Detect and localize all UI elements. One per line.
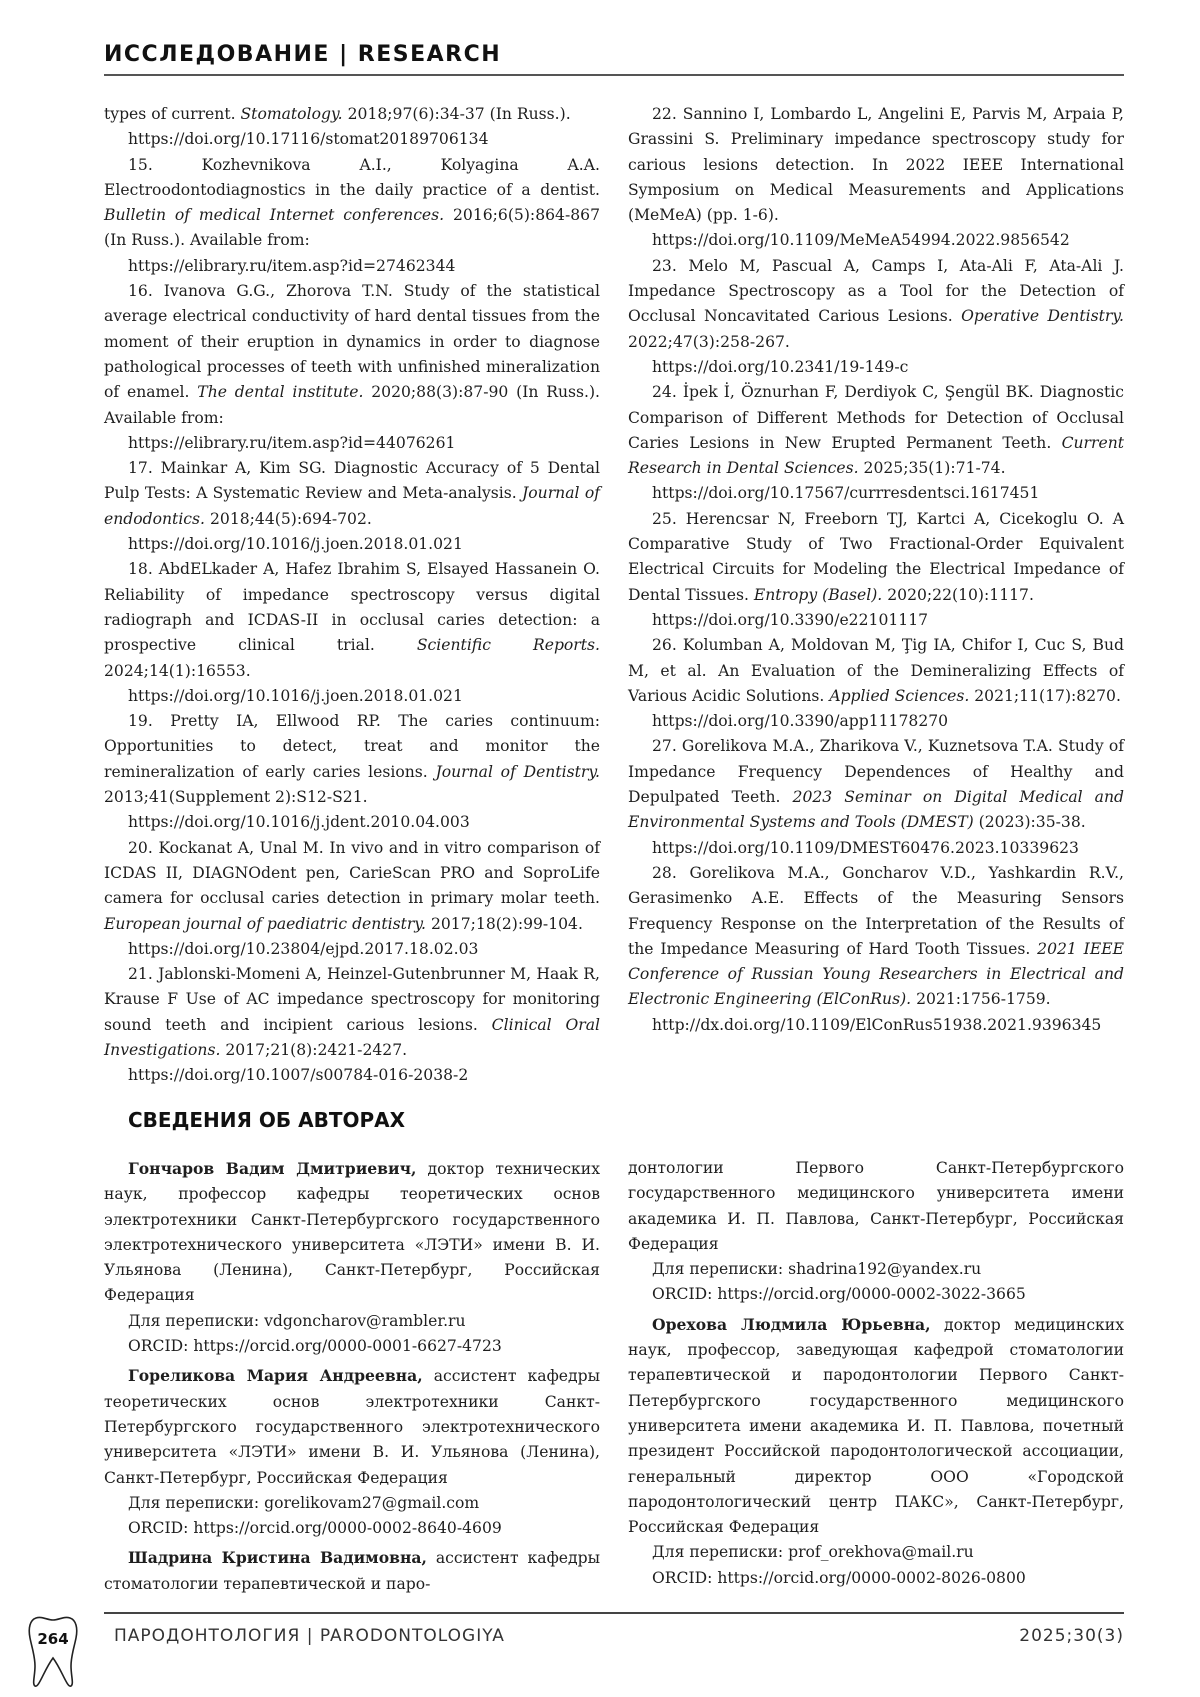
ref-journal: Scientific Reports. bbox=[417, 636, 600, 654]
contact-label: Для переписки: bbox=[652, 1543, 783, 1561]
ref-journal: Operative Dentistry. bbox=[961, 307, 1124, 325]
orcid-label: ORCID: bbox=[652, 1569, 712, 1587]
ref-link[interactable]: https://doi.org/10.3390/e22101117 bbox=[628, 608, 1124, 633]
author-entry-continued: донтологии Первого Санкт-Петербургского … bbox=[628, 1156, 1124, 1308]
ref-details: 2021;11(17):8270. bbox=[969, 687, 1121, 705]
author-entry: Гореликова Мария Андреевна, ассистент ка… bbox=[104, 1363, 600, 1541]
ref-journal: Stomatology. bbox=[241, 105, 343, 123]
ref-link[interactable]: https://elibrary.ru/item.asp?id=44076261 bbox=[104, 431, 600, 456]
ref-link[interactable]: https://doi.org/10.2341/19-149-c bbox=[628, 355, 1124, 380]
author-email-line: Для переписки: gorelikovam27@gmail.com bbox=[104, 1491, 600, 1516]
author-email[interactable]: vdgoncharov@rambler.ru bbox=[264, 1312, 465, 1330]
author-entry: Орехова Людмила Юрьевна, доктор медицинс… bbox=[628, 1312, 1124, 1591]
ref-link[interactable]: https://doi.org/10.1109/MeMeA54994.2022.… bbox=[628, 228, 1124, 253]
ref-details: 2021:1756-1759. bbox=[911, 990, 1051, 1008]
ref-details: 2017;18(2):99-104. bbox=[426, 915, 583, 933]
section-title: ИССЛЕДОВАНИЕ | RESEARCH bbox=[104, 40, 1124, 70]
reference-item: 17. Mainkar A, Kim SG. Diagnostic Accura… bbox=[104, 456, 600, 532]
author-orcid[interactable]: https://orcid.org/0000-0001-6627-4723 bbox=[193, 1337, 501, 1355]
ref-link[interactable]: https://doi.org/10.1109/DMEST60476.2023.… bbox=[628, 836, 1124, 861]
references-column-right: 22. Sannino I, Lombardo L, Angelini E, P… bbox=[628, 102, 1124, 1038]
orcid-label: ORCID: bbox=[652, 1285, 712, 1303]
author-email-line: Для переписки: shadrina192@yandex.ru bbox=[628, 1257, 1124, 1282]
ref-details: 2025;35(1):71-74. bbox=[859, 459, 1006, 477]
tooth-icon bbox=[26, 1612, 80, 1688]
author-email-line: Для переписки: prof_orekhova@mail.ru bbox=[628, 1540, 1124, 1565]
ref-text: 24. İpek İ, Öznurhan F, Derdiyok C, Şeng… bbox=[628, 383, 1124, 452]
reference-item: 21. Jablonski-Momeni A, Heinzel-Gutenbru… bbox=[104, 962, 600, 1063]
page-number: 264 bbox=[30, 1630, 76, 1648]
author-email-line: Для переписки: vdgoncharov@rambler.ru bbox=[104, 1309, 600, 1334]
reference-item: 22. Sannino I, Lombardo L, Angelini E, P… bbox=[628, 102, 1124, 228]
author-name: Гончаров Вадим Дмитриевич, bbox=[128, 1159, 416, 1178]
ref-link[interactable]: https://doi.org/10.1007/s00784-016-2038-… bbox=[104, 1063, 600, 1088]
ref-journal: The dental institute. bbox=[197, 383, 363, 401]
reference-item: 24. İpek İ, Öznurhan F, Derdiyok C, Şeng… bbox=[628, 380, 1124, 481]
ref-link[interactable]: https://doi.org/10.23804/ejpd.2017.18.02… bbox=[104, 937, 600, 962]
ref-details: (2023):35-38. bbox=[974, 813, 1086, 831]
author-orcid-line: ORCID: https://orcid.org/0000-0002-3022-… bbox=[628, 1282, 1124, 1307]
ref-journal: Bulletin of medical Internet conferences… bbox=[104, 206, 444, 224]
contact-label: Для переписки: bbox=[128, 1312, 259, 1330]
ref-details: 2024;14(1):16553. bbox=[104, 662, 251, 680]
author-orcid-line: ORCID: https://orcid.org/0000-0002-8026-… bbox=[628, 1566, 1124, 1591]
author-bio: доктор медицинских наук, профессор, заве… bbox=[628, 1316, 1124, 1536]
footer-divider bbox=[104, 1612, 1124, 1614]
contact-label: Для переписки: bbox=[652, 1260, 783, 1278]
ref-journal: Entropy (Basel). bbox=[754, 586, 882, 604]
reference-item: 27. Gorelikova M.A., Zharikova V., Kuzne… bbox=[628, 734, 1124, 835]
issue-info: 2025;30(3) bbox=[1019, 1626, 1124, 1646]
author-orcid[interactable]: https://orcid.org/0000-0002-8026-0800 bbox=[717, 1569, 1025, 1587]
ref-journal: European journal of paediatric dentistry… bbox=[104, 915, 426, 933]
ref-link[interactable]: https://doi.org/10.3390/app11178270 bbox=[628, 709, 1124, 734]
author-name: Орехова Людмила Юрьевна, bbox=[652, 1315, 931, 1334]
author-email[interactable]: shadrina192@yandex.ru bbox=[788, 1260, 981, 1278]
author-bio: доктор технических наук, профессор кафед… bbox=[104, 1160, 600, 1304]
author-orcid[interactable]: https://orcid.org/0000-0002-8640-4609 bbox=[193, 1519, 501, 1537]
ref-link[interactable]: https://elibrary.ru/item.asp?id=27462344 bbox=[104, 254, 600, 279]
reference-item: 23. Melo M, Pascual A, Camps I, Ata-Ali … bbox=[628, 254, 1124, 355]
author-name: Шадрина Кристина Вадимовна, bbox=[128, 1548, 427, 1567]
ref-link[interactable]: https://doi.org/10.1016/j.joen.2018.01.0… bbox=[104, 684, 600, 709]
references-column-left: types of current. Stomatology. 2018;97(6… bbox=[104, 102, 600, 1089]
author-email[interactable]: gorelikovam27@gmail.com bbox=[264, 1494, 479, 1512]
author-entry: Гончаров Вадим Дмитриевич, доктор технич… bbox=[104, 1156, 600, 1359]
author-entry: Шадрина Кристина Вадимовна, ассистент ка… bbox=[104, 1545, 600, 1597]
ref-text: 20. Kockanat A, Unal M. In vivo and in v… bbox=[104, 839, 600, 908]
authors-column-right: донтологии Первого Санкт-Петербургского … bbox=[628, 1156, 1124, 1595]
author-email[interactable]: prof_orekhova@mail.ru bbox=[788, 1543, 974, 1561]
author-orcid-line: ORCID: https://orcid.org/0000-0001-6627-… bbox=[104, 1334, 600, 1359]
reference-item: 16. Ivanova G.G., Zhorova T.N. Study of … bbox=[104, 279, 600, 431]
reference-item: 18. AbdELkader A, Hafez Ibrahim S, Elsay… bbox=[104, 557, 600, 683]
author-name: Гореликова Мария Андреевна, bbox=[128, 1366, 423, 1385]
reference-item: 19. Pretty IA, Ellwood RP. The caries co… bbox=[104, 709, 600, 810]
ref-text: types of current. bbox=[104, 105, 241, 123]
ref-text: 22. Sannino I, Lombardo L, Angelini E, P… bbox=[628, 105, 1124, 224]
ref-details: 2018;44(5):694-702. bbox=[205, 510, 372, 528]
ref-link[interactable]: https://doi.org/10.1016/j.jdent.2010.04.… bbox=[104, 810, 600, 835]
ref-journal: Journal of Dentistry. bbox=[436, 763, 601, 781]
journal-name: ПАРОДОНТОЛОГИЯ | PARODONTOLOGIYA bbox=[114, 1626, 505, 1646]
reference-item: 15. Kozhevnikova A.I., Kolyagina A.A. El… bbox=[104, 153, 600, 254]
ref-link[interactable]: https://doi.org/10.1016/j.joen.2018.01.0… bbox=[104, 532, 600, 557]
ref-link[interactable]: http://dx.doi.org/10.1109/ElConRus51938.… bbox=[628, 1013, 1124, 1038]
ref-details: 2022;47(3):258-267. bbox=[628, 333, 790, 351]
author-orcid[interactable]: https://orcid.org/0000-0002-3022-3665 bbox=[717, 1285, 1025, 1303]
contact-label: Для переписки: bbox=[128, 1494, 259, 1512]
ref-details: 2020;22(10):1117. bbox=[882, 586, 1034, 604]
author-orcid-line: ORCID: https://orcid.org/0000-0002-8640-… bbox=[104, 1516, 600, 1541]
reference-item: types of current. Stomatology. 2018;97(6… bbox=[104, 102, 600, 127]
authors-column-left: Гончаров Вадим Дмитриевич, доктор технич… bbox=[104, 1156, 600, 1601]
orcid-label: ORCID: bbox=[128, 1519, 188, 1537]
ref-details: 2013;41(Supplement 2):S12-S21. bbox=[104, 788, 368, 806]
ref-details: 2017;21(8):2421-2427. bbox=[220, 1041, 407, 1059]
ref-link[interactable]: https://doi.org/10.17567/currresdentsci.… bbox=[628, 481, 1124, 506]
ref-details: 2018;97(6):34-37 (In Russ.). bbox=[343, 105, 571, 123]
header-divider bbox=[104, 74, 1124, 76]
running-header: ИССЛЕДОВАНИЕ | RESEARCH bbox=[104, 40, 1124, 76]
reference-item: 25. Herencsar N, Freeborn TJ, Kartci A, … bbox=[628, 507, 1124, 608]
ref-journal: Applied Sciences. bbox=[829, 687, 969, 705]
reference-item: 28. Gorelikova M.A., Goncharov V.D., Yas… bbox=[628, 861, 1124, 1013]
ref-text: 15. Kozhevnikova A.I., Kolyagina A.A. El… bbox=[104, 156, 600, 199]
reference-item: 26. Kolumban A, Moldovan M, Ţig IA, Chif… bbox=[628, 633, 1124, 709]
author-bio: донтологии Первого Санкт-Петербургского … bbox=[628, 1159, 1124, 1253]
reference-item: 20. Kockanat A, Unal M. In vivo and in v… bbox=[104, 836, 600, 937]
orcid-label: ORCID: bbox=[128, 1337, 188, 1355]
ref-link[interactable]: https://doi.org/10.17116/stomat201897061… bbox=[104, 127, 600, 152]
authors-section-title: СВЕДЕНИЯ ОБ АВТОРАХ bbox=[128, 1108, 405, 1132]
